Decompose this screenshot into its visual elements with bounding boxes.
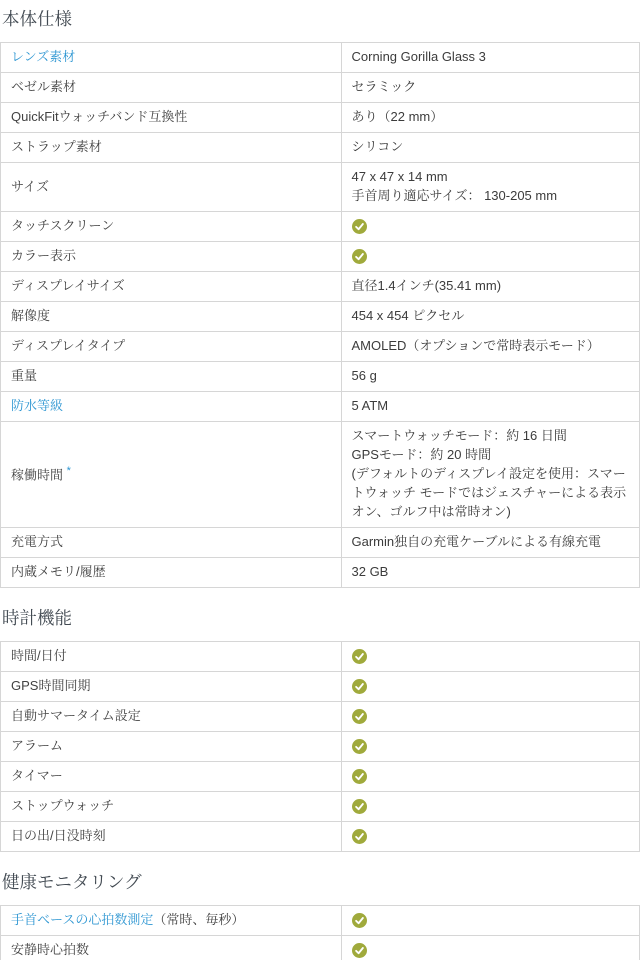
- spec-label: QuickFitウォッチバンド互換性: [11, 109, 187, 124]
- table-row: タッチスクリーン: [1, 212, 640, 242]
- spec-value-cell: [341, 212, 640, 242]
- spec-label: 日の出/日没時刻: [11, 828, 106, 843]
- spec-label-cell: 内蔵メモリ/履歴: [1, 557, 342, 587]
- spec-value-cell: Garmin独自の充電ケーブルによる有線充電: [341, 527, 640, 557]
- table-row: カラー表示: [1, 242, 640, 272]
- spec-value-line: 手首周り適応サイズ： 130-205 mm: [352, 187, 630, 206]
- spec-value: 5 ATM: [352, 398, 389, 413]
- check-circle-icon: [352, 769, 367, 784]
- spec-value-cell: 32 GB: [341, 557, 640, 587]
- spec-label-cell: 手首ベースの心拍数測定（常時、毎秒）: [1, 906, 342, 936]
- table-row: 手首ベースの心拍数測定（常時、毎秒）: [1, 906, 640, 936]
- spec-value: Corning Gorilla Glass 3: [352, 49, 486, 64]
- spec-value: シリコン: [352, 139, 404, 154]
- spec-label: タッチスクリーン: [11, 218, 114, 233]
- spec-value: 56 g: [352, 368, 377, 383]
- table-row: アラーム: [1, 731, 640, 761]
- spec-value-cell: 454 x 454 ピクセル: [341, 302, 640, 332]
- spec-value: セラミック: [352, 79, 417, 94]
- check-circle-icon: [352, 679, 367, 694]
- spec-value-cell: [341, 821, 640, 851]
- section-title: 本体仕様: [2, 10, 640, 29]
- check-circle-icon: [352, 913, 367, 928]
- spec-label-link[interactable]: 防水等級: [11, 398, 63, 413]
- spec-value-line: 47 x 47 x 14 mm: [352, 168, 630, 187]
- spec-label: 内蔵メモリ/履歴: [11, 564, 106, 579]
- table-row: ディスプレイタイプAMOLED（オプションで常時表示モード）: [1, 332, 640, 362]
- spec-label-cell: 時間/日付: [1, 641, 342, 671]
- spec-value-line: (デフォルトのディスプレイ設定を使用：スマートウォッチ モードではジェスチャーに…: [352, 465, 630, 522]
- spec-label-cell: QuickFitウォッチバンド互換性: [1, 103, 342, 133]
- spec-label: 稼働時間: [11, 468, 63, 483]
- spec-value-cell: 直径1.4インチ(35.41 mm): [341, 272, 640, 302]
- spec-label-cell: アラーム: [1, 731, 342, 761]
- spec-value-cell: あり（22 mm）: [341, 103, 640, 133]
- spec-label: 自動サマータイム設定: [11, 708, 141, 723]
- spec-value-cell: 47 x 47 x 14 mm手首周り適応サイズ： 130-205 mm: [341, 163, 640, 212]
- spec-label: サイズ: [11, 179, 49, 194]
- spec-label-cell: 解像度: [1, 302, 342, 332]
- spec-label: アラーム: [11, 738, 63, 753]
- spec-label-cell: 重量: [1, 361, 342, 391]
- spec-label: タイマー: [11, 768, 63, 783]
- table-row: レンズ素材Corning Gorilla Glass 3: [1, 43, 640, 73]
- spec-page: 本体仕様レンズ素材Corning Gorilla Glass 3ベゼル素材セラミ…: [0, 10, 640, 960]
- spec-label-cell: GPS時間同期: [1, 671, 342, 701]
- table-row: GPS時間同期: [1, 671, 640, 701]
- spec-label-cell: タイマー: [1, 761, 342, 791]
- spec-value-cell: [341, 906, 640, 936]
- spec-label-cell: カラー表示: [1, 242, 342, 272]
- spec-value-cell: [341, 242, 640, 272]
- spec-label-cell: タッチスクリーン: [1, 212, 342, 242]
- section-title: 健康モニタリング: [2, 873, 640, 892]
- spec-label: ベゼル素材: [11, 79, 76, 94]
- check-circle-icon: [352, 649, 367, 664]
- table-row: 安静時心拍数: [1, 936, 640, 960]
- spec-value-cell: スマートウォッチモード：約 16 日間GPSモード：約 20 時間(デフォルトの…: [341, 421, 640, 527]
- spec-value-cell: 56 g: [341, 361, 640, 391]
- spec-value-line: GPSモード：約 20 時間: [352, 446, 630, 465]
- spec-label: 重量: [11, 368, 37, 383]
- spec-label-cell: ストラップ素材: [1, 133, 342, 163]
- spec-value-cell: [341, 936, 640, 960]
- table-row: 解像度454 x 454 ピクセル: [1, 302, 640, 332]
- table-row: 自動サマータイム設定: [1, 701, 640, 731]
- spec-value-cell: [341, 791, 640, 821]
- spec-label: ディスプレイタイプ: [11, 338, 125, 353]
- spec-table: 時間/日付GPS時間同期自動サマータイム設定アラームタイマーストップウォッチ日の…: [0, 641, 640, 852]
- spec-value-cell: セラミック: [341, 73, 640, 103]
- spec-value: Garmin独自の充電ケーブルによる有線充電: [352, 534, 601, 549]
- spec-label: 解像度: [11, 308, 50, 323]
- table-row: ディスプレイサイズ直径1.4インチ(35.41 mm): [1, 272, 640, 302]
- table-row: 防水等級5 ATM: [1, 391, 640, 421]
- table-row: サイズ47 x 47 x 14 mm手首周り適応サイズ： 130-205 mm: [1, 163, 640, 212]
- spec-value-cell: Corning Gorilla Glass 3: [341, 43, 640, 73]
- spec-label-cell: 安静時心拍数: [1, 936, 342, 960]
- spec-label-cell: ディスプレイタイプ: [1, 332, 342, 362]
- spec-label-cell: ディスプレイサイズ: [1, 272, 342, 302]
- table-row: 稼働時間 *スマートウォッチモード：約 16 日間GPSモード：約 20 時間(…: [1, 421, 640, 527]
- spec-value: 454 x 454 ピクセル: [352, 308, 465, 323]
- check-circle-icon: [352, 799, 367, 814]
- spec-value-cell: [341, 641, 640, 671]
- spec-label: 時間/日付: [11, 648, 67, 663]
- spec-label: ディスプレイサイズ: [11, 278, 125, 293]
- spec-value-cell: [341, 671, 640, 701]
- spec-label-cell: ストップウォッチ: [1, 791, 342, 821]
- section-title: 時計機能: [2, 609, 640, 628]
- table-row: ストップウォッチ: [1, 791, 640, 821]
- spec-value-line: スマートウォッチモード：約 16 日間: [352, 427, 630, 446]
- spec-label-cell: サイズ: [1, 163, 342, 212]
- spec-value-cell: [341, 761, 640, 791]
- table-row: タイマー: [1, 761, 640, 791]
- spec-label-link[interactable]: レンズ素材: [11, 49, 75, 64]
- spec-value: あり（22 mm）: [352, 109, 444, 124]
- spec-value: 32 GB: [352, 564, 389, 579]
- spec-value: 直径1.4インチ(35.41 mm): [352, 278, 502, 293]
- table-row: ストラップ素材シリコン: [1, 133, 640, 163]
- table-row: 日の出/日没時刻: [1, 821, 640, 851]
- spec-label-cell: レンズ素材: [1, 43, 342, 73]
- spec-value-cell: AMOLED（オプションで常時表示モード）: [341, 332, 640, 362]
- spec-label: GPS時間同期: [11, 678, 90, 693]
- spec-label-cell: 稼働時間 *: [1, 421, 342, 527]
- spec-label-cell: 日の出/日没時刻: [1, 821, 342, 851]
- check-circle-icon: [352, 943, 367, 958]
- check-circle-icon: [352, 249, 367, 264]
- spec-value: AMOLED（オプションで常時表示モード）: [352, 338, 600, 353]
- check-circle-icon: [352, 219, 367, 234]
- spec-label-cell: ベゼル素材: [1, 73, 342, 103]
- spec-label-cell: 充電方式: [1, 527, 342, 557]
- spec-label-cell: 防水等級: [1, 391, 342, 421]
- check-circle-icon: [352, 739, 367, 754]
- spec-table: 手首ベースの心拍数測定（常時、毎秒）安静時心拍数: [0, 905, 640, 960]
- spec-value-cell: [341, 701, 640, 731]
- spec-label: カラー表示: [11, 248, 76, 263]
- check-circle-icon: [352, 709, 367, 724]
- table-row: 重量56 g: [1, 361, 640, 391]
- spec-label: 安静時心拍数: [11, 942, 89, 957]
- spec-value-cell: [341, 731, 640, 761]
- table-row: QuickFitウォッチバンド互換性あり（22 mm）: [1, 103, 640, 133]
- table-row: 内蔵メモリ/履歴32 GB: [1, 557, 640, 587]
- spec-label: 充電方式: [11, 534, 63, 549]
- spec-label-suffix: （常時、毎秒）: [153, 912, 244, 927]
- spec-label: ストップウォッチ: [11, 798, 114, 813]
- spec-value-cell: シリコン: [341, 133, 640, 163]
- table-row: 充電方式Garmin独自の充電ケーブルによる有線充電: [1, 527, 640, 557]
- table-row: ベゼル素材セラミック: [1, 73, 640, 103]
- spec-label: ストラップ素材: [11, 139, 102, 154]
- check-circle-icon: [352, 829, 367, 844]
- spec-label-cell: 自動サマータイム設定: [1, 701, 342, 731]
- spec-table: レンズ素材Corning Gorilla Glass 3ベゼル素材セラミックQu…: [0, 42, 640, 587]
- footnote-asterisk[interactable]: *: [67, 465, 71, 477]
- table-row: 時間/日付: [1, 641, 640, 671]
- spec-value-cell: 5 ATM: [341, 391, 640, 421]
- spec-label-link[interactable]: 手首ベースの心拍数測定: [11, 912, 153, 927]
